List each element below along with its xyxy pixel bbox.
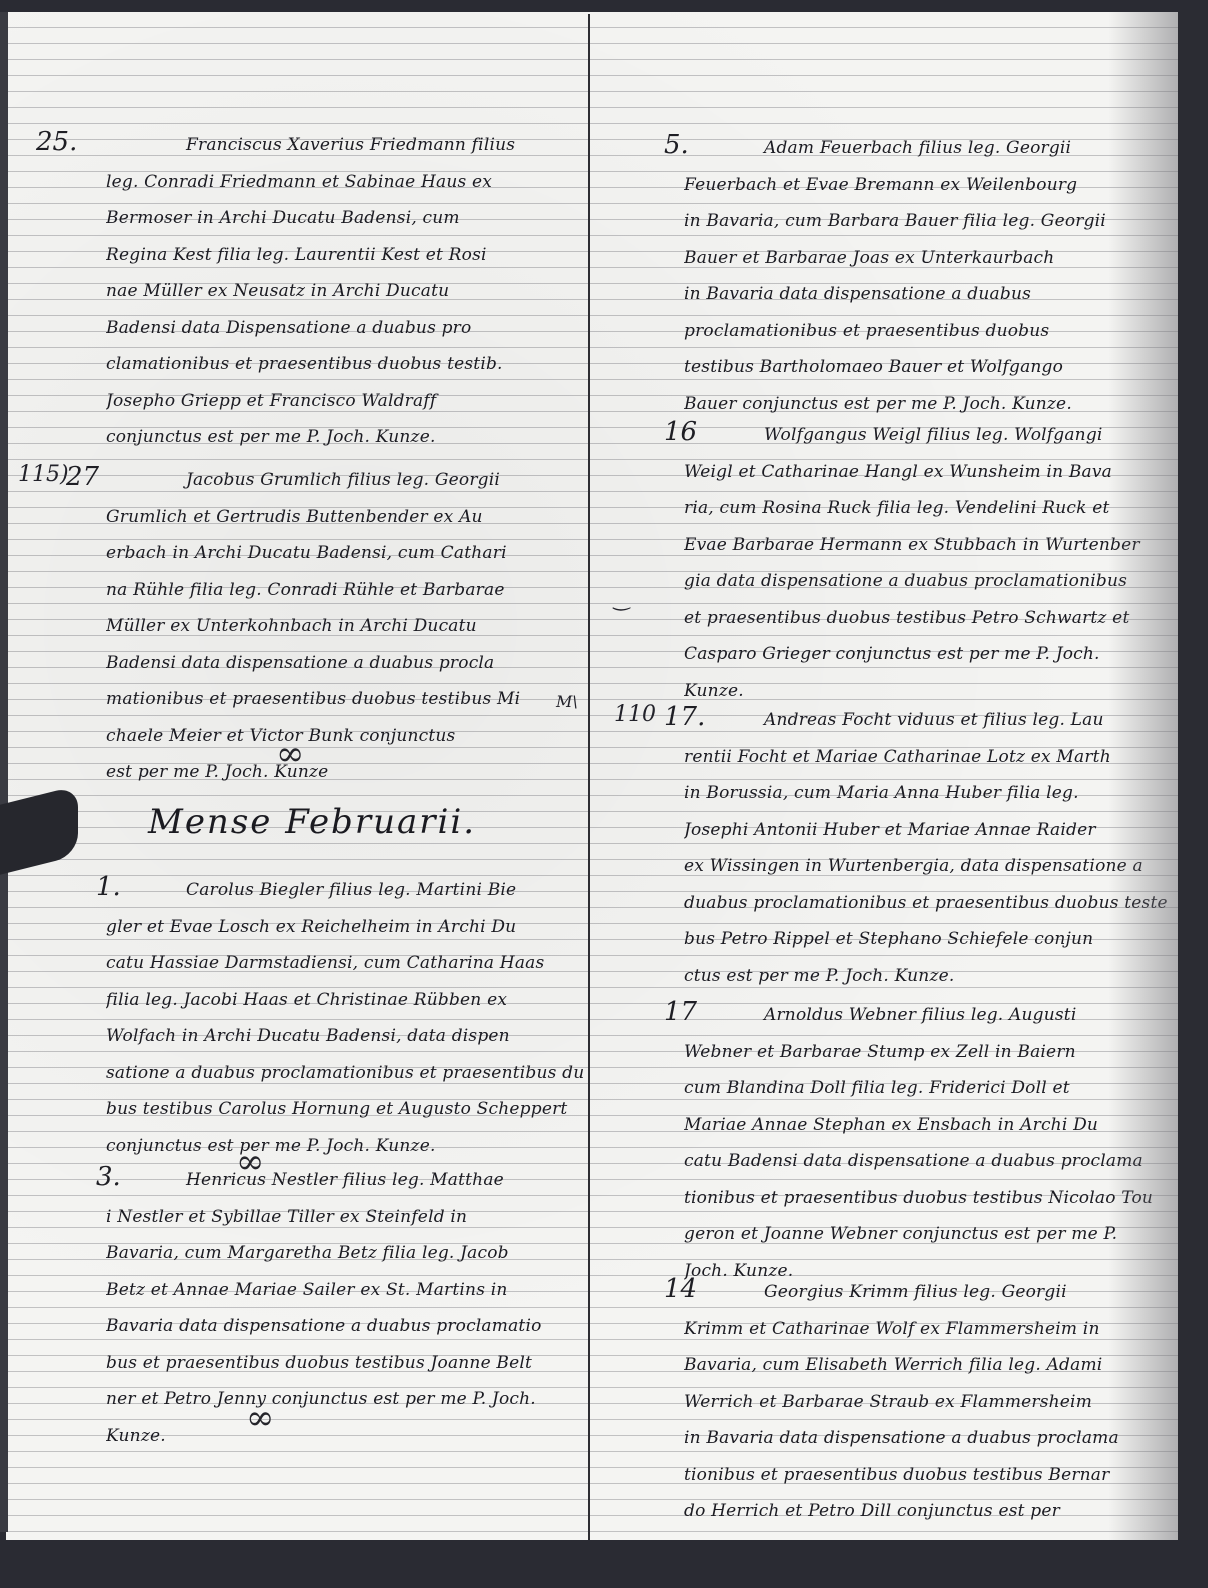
entry-line: bus Petro Rippel et Stephano Schiefele c… <box>684 921 1169 958</box>
entry-line: Andreas Focht viduus et filius leg. Lau <box>684 702 1169 739</box>
entry-line: i Nestler et Sybillae Tiller ex Steinfel… <box>106 1199 584 1236</box>
entry-line: Adam Feuerbach filius leg. Georgii <box>684 130 1169 167</box>
entry-line: bus testibus Carolus Hornung et Augusto … <box>106 1091 584 1128</box>
entry-line: Betz et Annae Mariae Sailer ex St. Marti… <box>106 1272 584 1309</box>
entry-line: Evae Barbarae Hermann ex Stubbach in Wur… <box>684 527 1169 564</box>
entry-line: ria, cum Rosina Ruck filia leg. Vendelin… <box>684 490 1169 527</box>
month-heading: Mense Februarii. <box>148 802 476 842</box>
entry-line: Franciscus Xaverius Friedmann filius <box>106 127 584 164</box>
entry-line: Bermoser in Archi Ducatu Badensi, cum <box>106 200 584 237</box>
entry-line: tionibus et praesentibus duobus testibus… <box>684 1180 1169 1217</box>
entry-line: Kunze. <box>106 1418 584 1455</box>
entry-line: mationibus et praesentibus duobus testib… <box>106 681 584 718</box>
entry-number: 25. <box>36 127 77 157</box>
entry-line: Josepho Griepp et Francisco Waldraff <box>106 383 584 420</box>
entry-line: geron et Joanne Webner conjunctus est pe… <box>684 1216 1169 1253</box>
entry-line: clamationibus et praesentibus duobus tes… <box>106 346 584 383</box>
entry-line: Webner et Barbarae Stump ex Zell in Baie… <box>684 1034 1169 1071</box>
entry-line: Werrich et Barbarae Straub ex Flammershe… <box>684 1384 1169 1421</box>
entry-line: testibus Bartholomaeo Bauer et Wolfgango <box>684 349 1169 386</box>
entry-line: in Bavaria data dispensatione a duabus p… <box>684 1420 1169 1457</box>
entry-text: Franciscus Xaverius Friedmann filius leg… <box>106 127 584 456</box>
entry-line: cum Blandina Doll filia leg. Friderici D… <box>684 1070 1169 1107</box>
entry-line: in Bavaria data dispensatione a duabus <box>684 276 1169 313</box>
entry-line: Bavaria data dispensatione a duabus proc… <box>106 1308 584 1345</box>
entry-text: Carolus Biegler filius leg. Martini Bie … <box>106 872 584 1164</box>
entry-text: Jacobus Grumlich filius leg. Georgii Gru… <box>106 462 584 791</box>
entry-line: nae Müller ex Neusatz in Archi Ducatu <box>106 273 584 310</box>
entry-line: Josephi Antonii Huber et Mariae Annae Ra… <box>684 812 1169 849</box>
register-page: 25. Franciscus Xaverius Friedmann filius… <box>6 12 1178 1542</box>
entry-text: Andreas Focht viduus et filius leg. Lau … <box>684 702 1169 994</box>
entry-line: conjunctus est per me P. Joch. Kunze. <box>106 419 584 456</box>
entry-line: proclamationibus et praesentibus duobus <box>684 313 1169 350</box>
entry-line: na Rühle filia leg. Conradi Rühle et Bar… <box>106 572 584 609</box>
entry-line: gler et Evae Losch ex Reichelheim in Arc… <box>106 909 584 946</box>
entry-line: conjunctus est per me P. Joch. Kunze. <box>106 1128 584 1165</box>
side-mark: M\ <box>556 692 578 711</box>
entry-line: Arnoldus Webner filius leg. Augusti <box>684 997 1169 1034</box>
entry-line: Mariae Annae Stephan ex Ensbach in Archi… <box>684 1107 1169 1144</box>
entry-line: ex Wissingen in Wurtenbergia, data dispe… <box>684 848 1169 885</box>
entry-text: Wolfgangus Weigl filius leg. Wolfgangi W… <box>684 417 1169 709</box>
entry-text: Arnoldus Webner filius leg. Augusti Webn… <box>684 997 1169 1289</box>
entry-line: Grumlich et Gertrudis Buttenbender ex Au <box>106 499 584 536</box>
entry-line: satione a duabus proclamationibus et pra… <box>106 1055 584 1092</box>
entry-line: filia leg. Jacobi Haas et Christinae Rüb… <box>106 982 584 1019</box>
scan-border-right <box>1178 10 1208 1555</box>
entry-line: Carolus Biegler filius leg. Martini Bie <box>106 872 584 909</box>
entry-number: 27 <box>66 462 99 492</box>
entry-line: et praesentibus duobus testibus Petro Sc… <box>684 600 1169 637</box>
column-divider <box>588 14 590 1549</box>
entry-line: catu Hassiae Darmstadiensi, cum Catharin… <box>106 945 584 982</box>
entry-text: Henricus Nestler filius leg. Matthae i N… <box>106 1162 584 1454</box>
entry-line: Georgius Krimm filius leg. Georgii <box>684 1274 1169 1311</box>
entry-line: duabus proclamationibus et praesentibus … <box>684 885 1169 922</box>
entry-line: Badensi data dispensatione a duabus proc… <box>106 645 584 682</box>
entry-line: est per me P. Joch. Kunze <box>106 754 584 791</box>
flourish-icon: ∞ <box>246 1398 274 1438</box>
entry-line: gia data dispensatione a duabus proclama… <box>684 563 1169 600</box>
entry-line: in Bavaria, cum Barbara Bauer filia leg.… <box>684 203 1169 240</box>
entry-line: in Borussia, cum Maria Anna Huber filia … <box>684 775 1169 812</box>
entry-line: Henricus Nestler filius leg. Matthae <box>106 1162 584 1199</box>
entry-line: Jacobus Grumlich filius leg. Georgii <box>106 462 584 499</box>
entry-line: erbach in Archi Ducatu Badensi, cum Cath… <box>106 535 584 572</box>
entry-line: leg. Conradi Friedmann et Sabinae Haus e… <box>106 164 584 201</box>
entry-line: Regina Kest filia leg. Laurentii Kest et… <box>106 237 584 274</box>
entry-line: chaele Meier et Victor Bunk conjunctus <box>106 718 584 755</box>
margin-number: 110 <box>614 702 656 727</box>
entry-line: Wolfgangus Weigl filius leg. Wolfgangi <box>684 417 1169 454</box>
entry-line: bus et praesentibus duobus testibus Joan… <box>106 1345 584 1382</box>
entry-line: Müller ex Unterkohnbach in Archi Ducatu <box>106 608 584 645</box>
entry-line: tionibus et praesentibus duobus testibus… <box>684 1457 1169 1494</box>
entry-line: Casparo Grieger conjunctus est per me P.… <box>684 636 1169 673</box>
entry-line: catu Badensi data dispensatione a duabus… <box>684 1143 1169 1180</box>
margin-number: 115) <box>18 462 69 487</box>
entry-text: Adam Feuerbach filius leg. Georgii Feuer… <box>684 130 1169 422</box>
entry-line: Bavaria, cum Elisabeth Werrich filia leg… <box>684 1347 1169 1384</box>
entry-line: ner et Petro Jenny conjunctus est per me… <box>106 1381 584 1418</box>
entry-line: Krimm et Catharinae Wolf ex Flammersheim… <box>684 1311 1169 1348</box>
entry-text: Georgius Krimm filius leg. Georgii Krimm… <box>684 1274 1169 1566</box>
entry-line: do Herrich et Petro Dill conjunctus est … <box>684 1493 1169 1530</box>
flourish-icon: ∞ <box>276 734 304 774</box>
entry-line: Bauer et Barbarae Joas ex Unterkaurbach <box>684 240 1169 277</box>
entry-line: Feuerbach et Evae Bremann ex Weilenbourg <box>684 167 1169 204</box>
entry-line: Badensi data Dispensatione a duabus pro <box>106 310 584 347</box>
scan-border-bottom <box>0 1540 1208 1588</box>
entry-line: Wolfach in Archi Ducatu Badensi, data di… <box>106 1018 584 1055</box>
entry-line: ctus est per me P. Joch. Kunze. <box>684 958 1169 995</box>
binding-edge <box>0 12 8 1532</box>
entry-line: rentii Focht et Mariae Catharinae Lotz e… <box>684 739 1169 776</box>
entry-line: Bavaria, cum Margaretha Betz filia leg. … <box>106 1235 584 1272</box>
entry-line: Weigl et Catharinae Hangl ex Wunsheim in… <box>684 454 1169 491</box>
margin-tick: ‿ <box>614 587 630 611</box>
